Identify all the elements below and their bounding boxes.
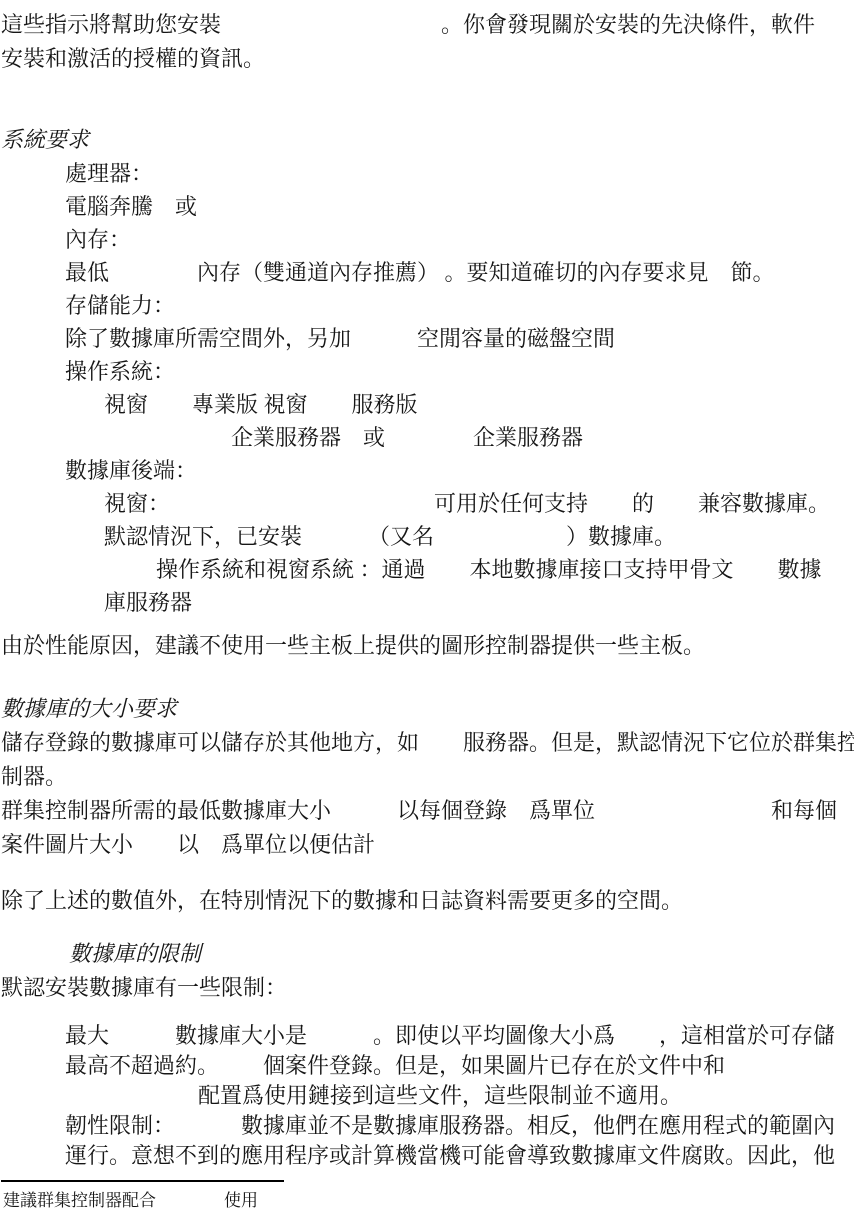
list-item: 運行。意想不到的應用程序或計算機當機可能會導致數據庫文件腐敗。因此，他 xyxy=(1,1141,854,1171)
list-item: 內存： xyxy=(1,223,854,256)
list-item: 庫服務器 xyxy=(1,586,854,619)
list-item: 電腦奔騰 或 xyxy=(1,190,854,223)
paragraph-line: 這些指示將幫助您安裝 。你會發現關於安裝的先決條件，軟件 xyxy=(1,8,854,42)
list-item: 最高不超過約。 個案件登錄。但是，如果圖片已存在於文件中和 xyxy=(1,1051,854,1081)
list-item: 操作系統和視窗系統 ：通過 本地數據庫接口支持甲骨文 數據 xyxy=(1,553,854,586)
list-item: 默認情況下，已安裝 （又名 ）數據庫。 xyxy=(1,520,854,553)
footnote-separator xyxy=(1,1180,284,1182)
list-item: 處理器： xyxy=(1,157,854,190)
paragraph-line: 除了上述的數值外，在特別情況下的數據和日誌資料需要更多的空間。 xyxy=(1,884,854,918)
paragraph-line: 安裝和激活的授權的資訊。 xyxy=(1,42,854,76)
list-item: 操作系統： xyxy=(1,355,854,388)
section-heading: 數據庫的大小要求 xyxy=(1,692,854,726)
list-item: 數據庫後端： xyxy=(1,454,854,487)
paragraph-line: 由於性能原因，建議不使用一些主板上提供的圖形控制器提供一些主板。 xyxy=(1,629,854,663)
list-item: 存儲能力： xyxy=(1,289,854,322)
paragraph-line: 制器。 xyxy=(1,760,854,794)
list-item: 視窗： 可用於任何支持 的 兼容數據庫。 xyxy=(1,487,854,520)
list-item: 企業服務器 或 企業服務器 xyxy=(1,421,854,454)
document-body: 這些指示將幫助您安裝 。你會發現關於安裝的先決條件，軟件安裝和激活的授權的資訊。… xyxy=(1,8,854,1171)
section-heading: 系統要求 xyxy=(1,123,854,157)
list-item: 韌性限制： 數據庫並不是數據庫服務器。相反，他們在應用程式的範圍內 xyxy=(1,1111,854,1141)
footnote-text: 建議群集控制器配合 使用 xyxy=(1,1189,854,1213)
paragraph-line: 群集控制器所需的最低數據庫大小 以每個登錄 爲單位 和每個 xyxy=(1,794,854,828)
section-heading: 數據庫的限制 xyxy=(1,937,854,971)
list-item: 最低 內存（雙通道內存推薦） 。要知道確切的內存要求見 節。 xyxy=(1,256,854,289)
list-item: 除了數據庫所需空間外，另加 空閒容量的磁盤空間 xyxy=(1,322,854,355)
paragraph-line: 儲存登錄的數據庫可以儲存於其他地方，如 服務器。但是，默認情況下它位於群集控 xyxy=(1,726,854,760)
list-item: 配置爲使用鏈接到這些文件，這些限制並不適用。 xyxy=(1,1081,854,1111)
list-item: 視窗 專業版 視窗 服務版 xyxy=(1,388,854,421)
list-item: 最大 數據庫大小是 。即使以平均圖像大小爲 ，這相當於可存儲 xyxy=(1,1021,854,1051)
paragraph-line: 默認安裝數據庫有一些限制： xyxy=(1,971,854,1005)
document-page: 這些指示將幫助您安裝 。你會發現關於安裝的先決條件，軟件安裝和激活的授權的資訊。… xyxy=(0,0,854,1214)
paragraph-line: 案件圖片大小 以 爲單位以便估計 xyxy=(1,828,854,862)
